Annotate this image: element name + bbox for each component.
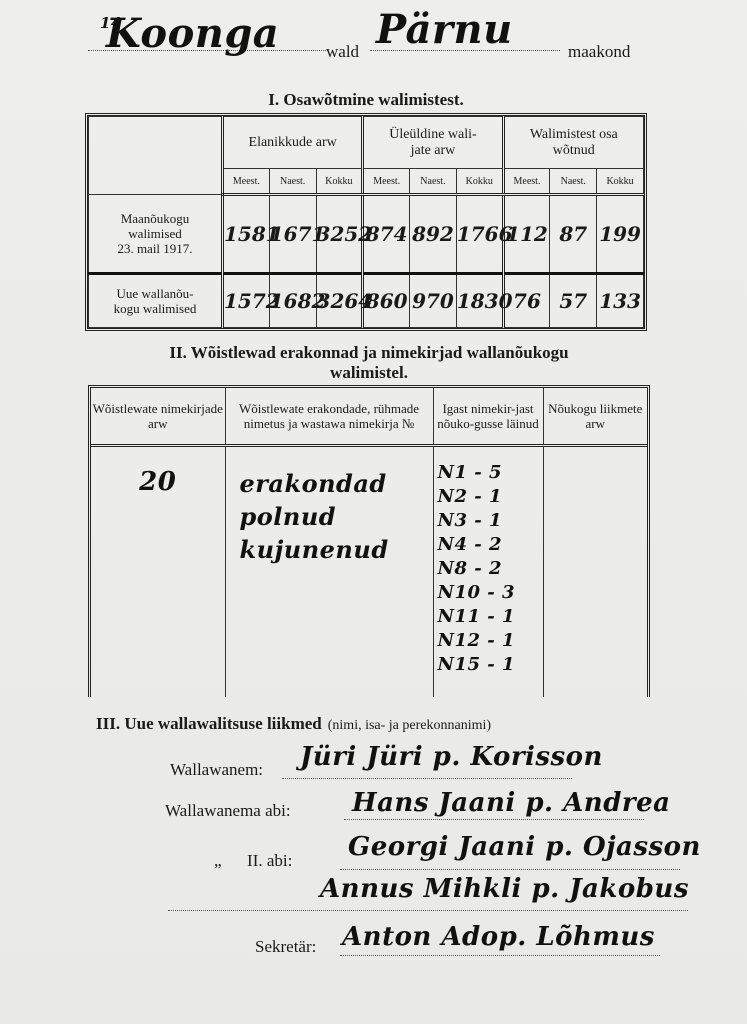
corner-cell bbox=[89, 117, 223, 195]
cell-value: 112 bbox=[503, 195, 550, 274]
member-label: „ II. abi: bbox=[214, 851, 292, 871]
cell-value: 1766 bbox=[456, 195, 503, 274]
county-value: Pärnu bbox=[376, 6, 513, 53]
section3-heading: III. Uue wallawalitsuse liikmed bbox=[96, 714, 322, 733]
party-line: polnud bbox=[226, 500, 433, 533]
county-label: maakond bbox=[568, 42, 630, 62]
cell-value: 199 bbox=[597, 195, 644, 274]
header-line: 14 Koonga wald Pärnu maakond bbox=[88, 10, 658, 70]
member-name: Jüri Jüri p. Korisson bbox=[300, 742, 603, 772]
parish-value: Koonga bbox=[106, 10, 279, 57]
member-line bbox=[340, 869, 680, 870]
column-header: Wõistlewate erakondade, rühmade nimetus … bbox=[225, 388, 433, 446]
table-row: Maanõukoguwalimised23. mail 1917. 1581 1… bbox=[89, 195, 644, 274]
member-line bbox=[340, 955, 660, 956]
section2-title: II. Wõistlewad erakonnad ja nimekirjad w… bbox=[88, 343, 650, 383]
cell-value: 892 bbox=[410, 195, 457, 274]
subcol-header: Meest. bbox=[503, 169, 550, 195]
seat-entry: N4 - 2 bbox=[434, 533, 543, 557]
group-header: Elanikkude arw bbox=[223, 117, 363, 169]
seat-entry: N10 - 3 bbox=[434, 581, 543, 605]
county-field: Pärnu bbox=[370, 50, 560, 51]
subcol-header: Naest. bbox=[269, 169, 316, 195]
parish-label: wald bbox=[326, 42, 359, 62]
list-count: 20 bbox=[139, 467, 176, 497]
member-label: Wallawanem: bbox=[170, 760, 263, 780]
subcol-header: Meest. bbox=[363, 169, 410, 195]
section1-title: I. Osawõtmine walimistest. bbox=[85, 90, 647, 110]
participation-table: Elanikkude arw Üleüldine wali-jate arw W… bbox=[85, 113, 647, 331]
member-label: Wallawanema abi: bbox=[165, 801, 291, 821]
subcol-header: Kokku bbox=[456, 169, 503, 195]
cell-value: 1671 bbox=[269, 195, 316, 274]
cell-value: 3264 bbox=[316, 274, 363, 328]
cell-value: 57 bbox=[550, 274, 597, 328]
member-label: Sekretär: bbox=[255, 937, 316, 957]
cell-value: 1682 bbox=[269, 274, 316, 328]
cell-value: 1572 bbox=[223, 274, 270, 328]
cell-value: 133 bbox=[597, 274, 644, 328]
section2-title-line1: II. Wõistlewad erakonnad ja nimekirjad w… bbox=[169, 343, 568, 362]
group-header: Üleüldine wali-jate arw bbox=[363, 117, 503, 169]
section3-title: III. Uue wallawalitsuse liikmed(nimi, is… bbox=[96, 714, 491, 734]
column-header: Igast nimekir-jast nõuko-gusse läinud bbox=[433, 388, 543, 446]
seat-entry: N3 - 1 bbox=[434, 509, 543, 533]
member-name: Anton Adop. Lõhmus bbox=[342, 922, 655, 952]
parish-field: Koonga bbox=[88, 50, 328, 51]
parties-table: Wõistlewate nimekirjade arw Wõistlewate … bbox=[88, 385, 650, 697]
party-description: erakondad polnud kujunenud bbox=[225, 446, 433, 698]
member-name: Hans Jaani p. Andrea bbox=[352, 788, 670, 818]
document-page: 14 Koonga wald Pärnu maakond I. Osawõtmi… bbox=[0, 0, 747, 1024]
subcol-header: Kokku bbox=[597, 169, 644, 195]
cell-value: 860 bbox=[363, 274, 410, 328]
seat-entry: N12 - 1 bbox=[434, 629, 543, 653]
seat-entry: N1 - 5 bbox=[434, 461, 543, 485]
seat-entry: N11 - 1 bbox=[434, 605, 543, 629]
member-line bbox=[344, 819, 644, 820]
row-label: Maanõukoguwalimised23. mail 1917. bbox=[89, 195, 223, 274]
section2-title-line2: walimistel. bbox=[330, 363, 408, 382]
subcol-header: Kokku bbox=[316, 169, 363, 195]
subcol-header: Naest. bbox=[410, 169, 457, 195]
subcol-header: Naest. bbox=[550, 169, 597, 195]
column-header: Wõistlewate nimekirjade arw bbox=[91, 388, 225, 446]
cell-value: 3252 bbox=[316, 195, 363, 274]
section3-note: (nimi, isa- ja perekonnanimi) bbox=[328, 718, 491, 733]
subcol-header: Meest. bbox=[223, 169, 270, 195]
row-label: Uue wallanõu-kogu walimised bbox=[89, 274, 223, 328]
member-line bbox=[282, 778, 572, 779]
cell-value: 970 bbox=[410, 274, 457, 328]
cell-value: 1830 bbox=[456, 274, 503, 328]
member-name: Georgi Jaani p. Ojasson bbox=[348, 832, 701, 862]
group-header: Walimistest osawõtnud bbox=[503, 117, 643, 169]
party-line: erakondad bbox=[226, 467, 433, 500]
seat-entry: N2 - 1 bbox=[434, 485, 543, 509]
council-members-cell bbox=[543, 446, 647, 698]
column-header: Nõukogu liikmete arw bbox=[543, 388, 647, 446]
table-row: Uue wallanõu-kogu walimised 1572 1682 32… bbox=[89, 274, 644, 328]
seat-entry: N8 - 2 bbox=[434, 557, 543, 581]
seats-list: N1 - 5 N2 - 1 N3 - 1 N4 - 2 N8 - 2 N10 -… bbox=[433, 446, 543, 698]
member-name: Annus Mihkli p. Jakobus bbox=[320, 874, 689, 904]
member-line bbox=[168, 910, 688, 911]
cell-value: 874 bbox=[363, 195, 410, 274]
seat-entry: N15 - 1 bbox=[434, 653, 543, 677]
party-line: kujunenud bbox=[226, 533, 433, 566]
cell-value: 87 bbox=[550, 195, 597, 274]
cell-value: 1581 bbox=[223, 195, 270, 274]
